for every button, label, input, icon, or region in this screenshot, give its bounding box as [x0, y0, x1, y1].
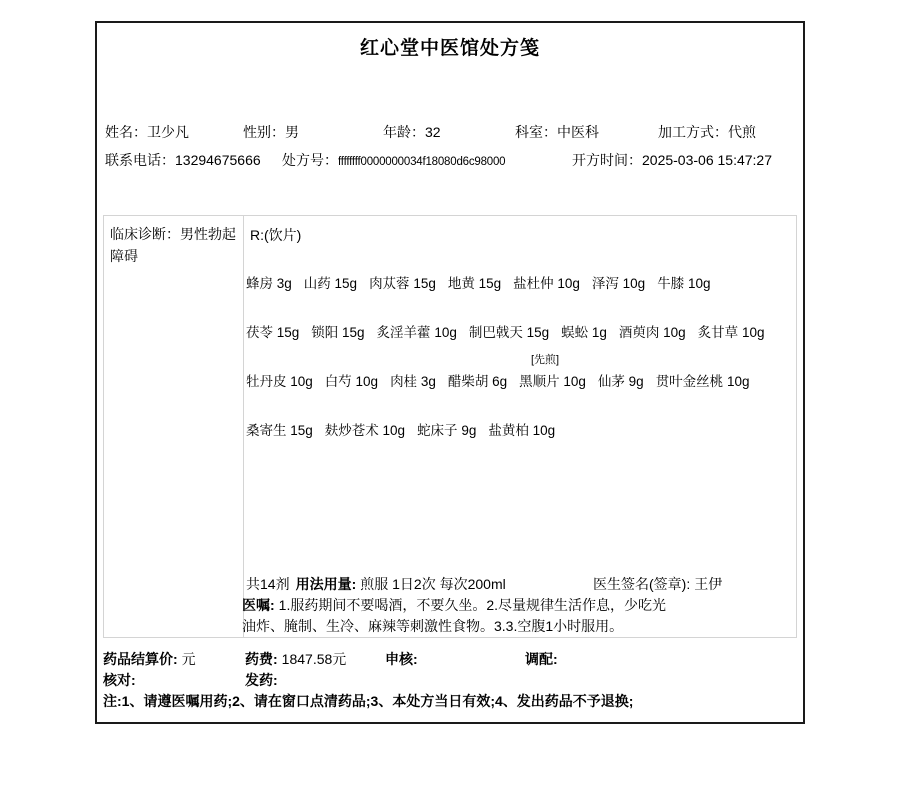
- herb-item: 锁阳 15g: [311, 325, 364, 340]
- herb-item: 醋柴胡 6g: [448, 374, 507, 389]
- herb-lines: 蜂房 3g山药 15g肉苁蓉 15g地黄 15g盐杜仲 10g泽泻 10g牛膝 …: [246, 272, 794, 468]
- page-title: 红心堂中医馆处方笺: [95, 33, 805, 60]
- check-field: 核对:: [103, 670, 136, 690]
- herb-line: 桑寄生 15g麸炒苍术 10g蛇床子 9g盐黄柏 10g: [246, 419, 794, 468]
- herb-item: 茯苓 15g: [246, 325, 299, 340]
- processing-method-field: 加工方式：代煎: [658, 122, 756, 142]
- medical-advice-line1: 医嘱:1.服药期间不要喝酒，不要久坐。2.尽量规律生活作息，少吃光: [242, 595, 666, 616]
- clinical-diagnosis: 临床诊断：男性勃起障碍: [110, 223, 244, 267]
- patient-name-field: 姓名：卫少凡: [105, 122, 189, 142]
- dose-count: 共14剂: [246, 576, 290, 592]
- rx-number-label: 处方号：: [282, 152, 338, 168]
- herb-item: 麸炒苍术 10g: [325, 423, 405, 438]
- herb-item: 黑顺片 10g: [519, 374, 586, 389]
- decoct-first-note: [先煎]: [531, 351, 559, 367]
- settlement-price-field: 药品结算价:元: [103, 649, 196, 669]
- issue-drug-field: 发药:: [245, 670, 278, 690]
- herb-item: 蛇床子 9g: [417, 423, 476, 438]
- dosage-label: 用法用量:: [296, 576, 357, 592]
- issue-time-field: 开方时间：2025-03-06 15:47:27: [572, 150, 772, 170]
- phone-value: 13294675666: [175, 152, 261, 168]
- medical-advice-label: 医嘱:: [242, 597, 275, 613]
- drug-fee-value: 1847.58元: [282, 651, 347, 667]
- patient-age-value: 32: [425, 124, 441, 140]
- issue-time-label: 开方时间：: [572, 152, 642, 168]
- department-value: 中医科: [557, 124, 599, 140]
- herb-item: 蜂房 3g: [246, 276, 292, 291]
- herb-item: 酒萸肉 10g: [619, 325, 686, 340]
- herb-item: 山药 15g: [304, 276, 357, 291]
- patient-gender-field: 性别：男: [243, 122, 299, 142]
- prescription-page: 红心堂中医馆处方笺 姓名：卫少凡 性别：男 年龄：32 科室：中医科 加工方式：…: [0, 0, 900, 800]
- herb-item: 炙淫羊藿 10g: [377, 325, 457, 340]
- drug-fee-field: 药费:1847.58元: [245, 649, 346, 669]
- herb-item: 贯叶金丝桃 10g: [656, 374, 750, 389]
- herb-line: 茯苓 15g锁阳 15g炙淫羊藿 10g制巴戟天 15g蜈蚣 1g酒萸肉 10g…: [246, 321, 794, 370]
- herb-item: 盐杜仲 10g: [513, 276, 580, 291]
- rx-number-field: 处方号：ffffffff0000000034f18080d6c98000: [282, 150, 505, 170]
- footer-note: 注:1、请遵医嘱用药;2、请在窗口点清药品;3、本处方当日有效;4、发出药品不予…: [103, 691, 633, 711]
- issue-time-value: 2025-03-06 15:47:27: [642, 152, 772, 168]
- patient-gender-label: 性别：: [243, 124, 285, 140]
- patient-name-value: 卫少凡: [147, 124, 189, 140]
- patient-age-field: 年龄：32: [383, 122, 441, 142]
- herb-line: 牡丹皮 10g白芍 10g肉桂 3g醋柴胡 6g黑顺片 10g仙茅 9g贯叶金丝…: [246, 370, 794, 419]
- medical-advice-text1: 1.服药期间不要喝酒，不要久坐。2.尽量规律生活作息，少吃光: [279, 597, 666, 613]
- patient-name-label: 姓名：: [105, 124, 147, 140]
- herb-item: 仙茅 9g: [598, 374, 644, 389]
- dispense-field: 调配:: [525, 649, 558, 669]
- drug-fee-label: 药费:: [245, 651, 278, 667]
- settlement-price-value: 元: [182, 651, 196, 667]
- herb-item: 牡丹皮 10g: [246, 374, 313, 389]
- herb-item: 制巴戟天 15g: [469, 325, 549, 340]
- department-label: 科室：: [515, 124, 557, 140]
- herb-item: 肉苁蓉 15g: [369, 276, 436, 291]
- herb-line: 蜂房 3g山药 15g肉苁蓉 15g地黄 15g盐杜仲 10g泽泻 10g牛膝 …: [246, 272, 794, 321]
- rx-header: R:(饮片): [250, 225, 301, 245]
- doctor-signature-label: 医生签名(签章):: [593, 576, 690, 592]
- herb-item: 蜈蚣 1g: [561, 325, 607, 340]
- dosage-line: 共14剂用法用量:煎服 1日2次 每次200ml: [246, 574, 506, 594]
- medical-advice: 医嘱:1.服药期间不要喝酒，不要久坐。2.尽量规律生活作息，少吃光 油炸、腌制、…: [242, 595, 666, 637]
- herb-item: 桑寄生 15g: [246, 423, 313, 438]
- doctor-signature-field: 医生签名(签章):王伊: [593, 574, 722, 594]
- doctor-signature-value: 王伊: [694, 576, 722, 592]
- herb-item: 肉桂 3g: [390, 374, 436, 389]
- rx-number-value: ffffffff0000000034f18080d6c98000: [338, 156, 505, 168]
- phone-field: 联系电话：13294675666: [105, 150, 261, 170]
- processing-method-value: 代煎: [728, 124, 756, 140]
- phone-label: 联系电话：: [105, 152, 175, 168]
- processing-method-label: 加工方式：: [658, 124, 728, 140]
- settlement-price-label: 药品结算价:: [103, 651, 178, 667]
- herb-item: 炙甘草 10g: [698, 325, 765, 340]
- diagnosis-column-divider: [243, 216, 244, 637]
- herb-item: 盐黄柏 10g: [488, 423, 555, 438]
- department-field: 科室：中医科: [515, 122, 599, 142]
- herb-item: 地黄 15g: [448, 276, 501, 291]
- herb-item: 泽泻 10g: [592, 276, 645, 291]
- patient-age-label: 年龄：: [383, 124, 425, 140]
- review-field: 申核:: [385, 649, 418, 669]
- dosage-value: 煎服 1日2次 每次200ml: [360, 576, 505, 592]
- herb-item: 牛膝 10g: [657, 276, 710, 291]
- medical-advice-line2: 油炸、腌制、生冷、麻辣等刺激性食物。3.3.空腹1小时服用。: [242, 616, 666, 637]
- patient-gender-value: 男: [285, 124, 299, 140]
- herb-item: 白芍 10g: [325, 374, 378, 389]
